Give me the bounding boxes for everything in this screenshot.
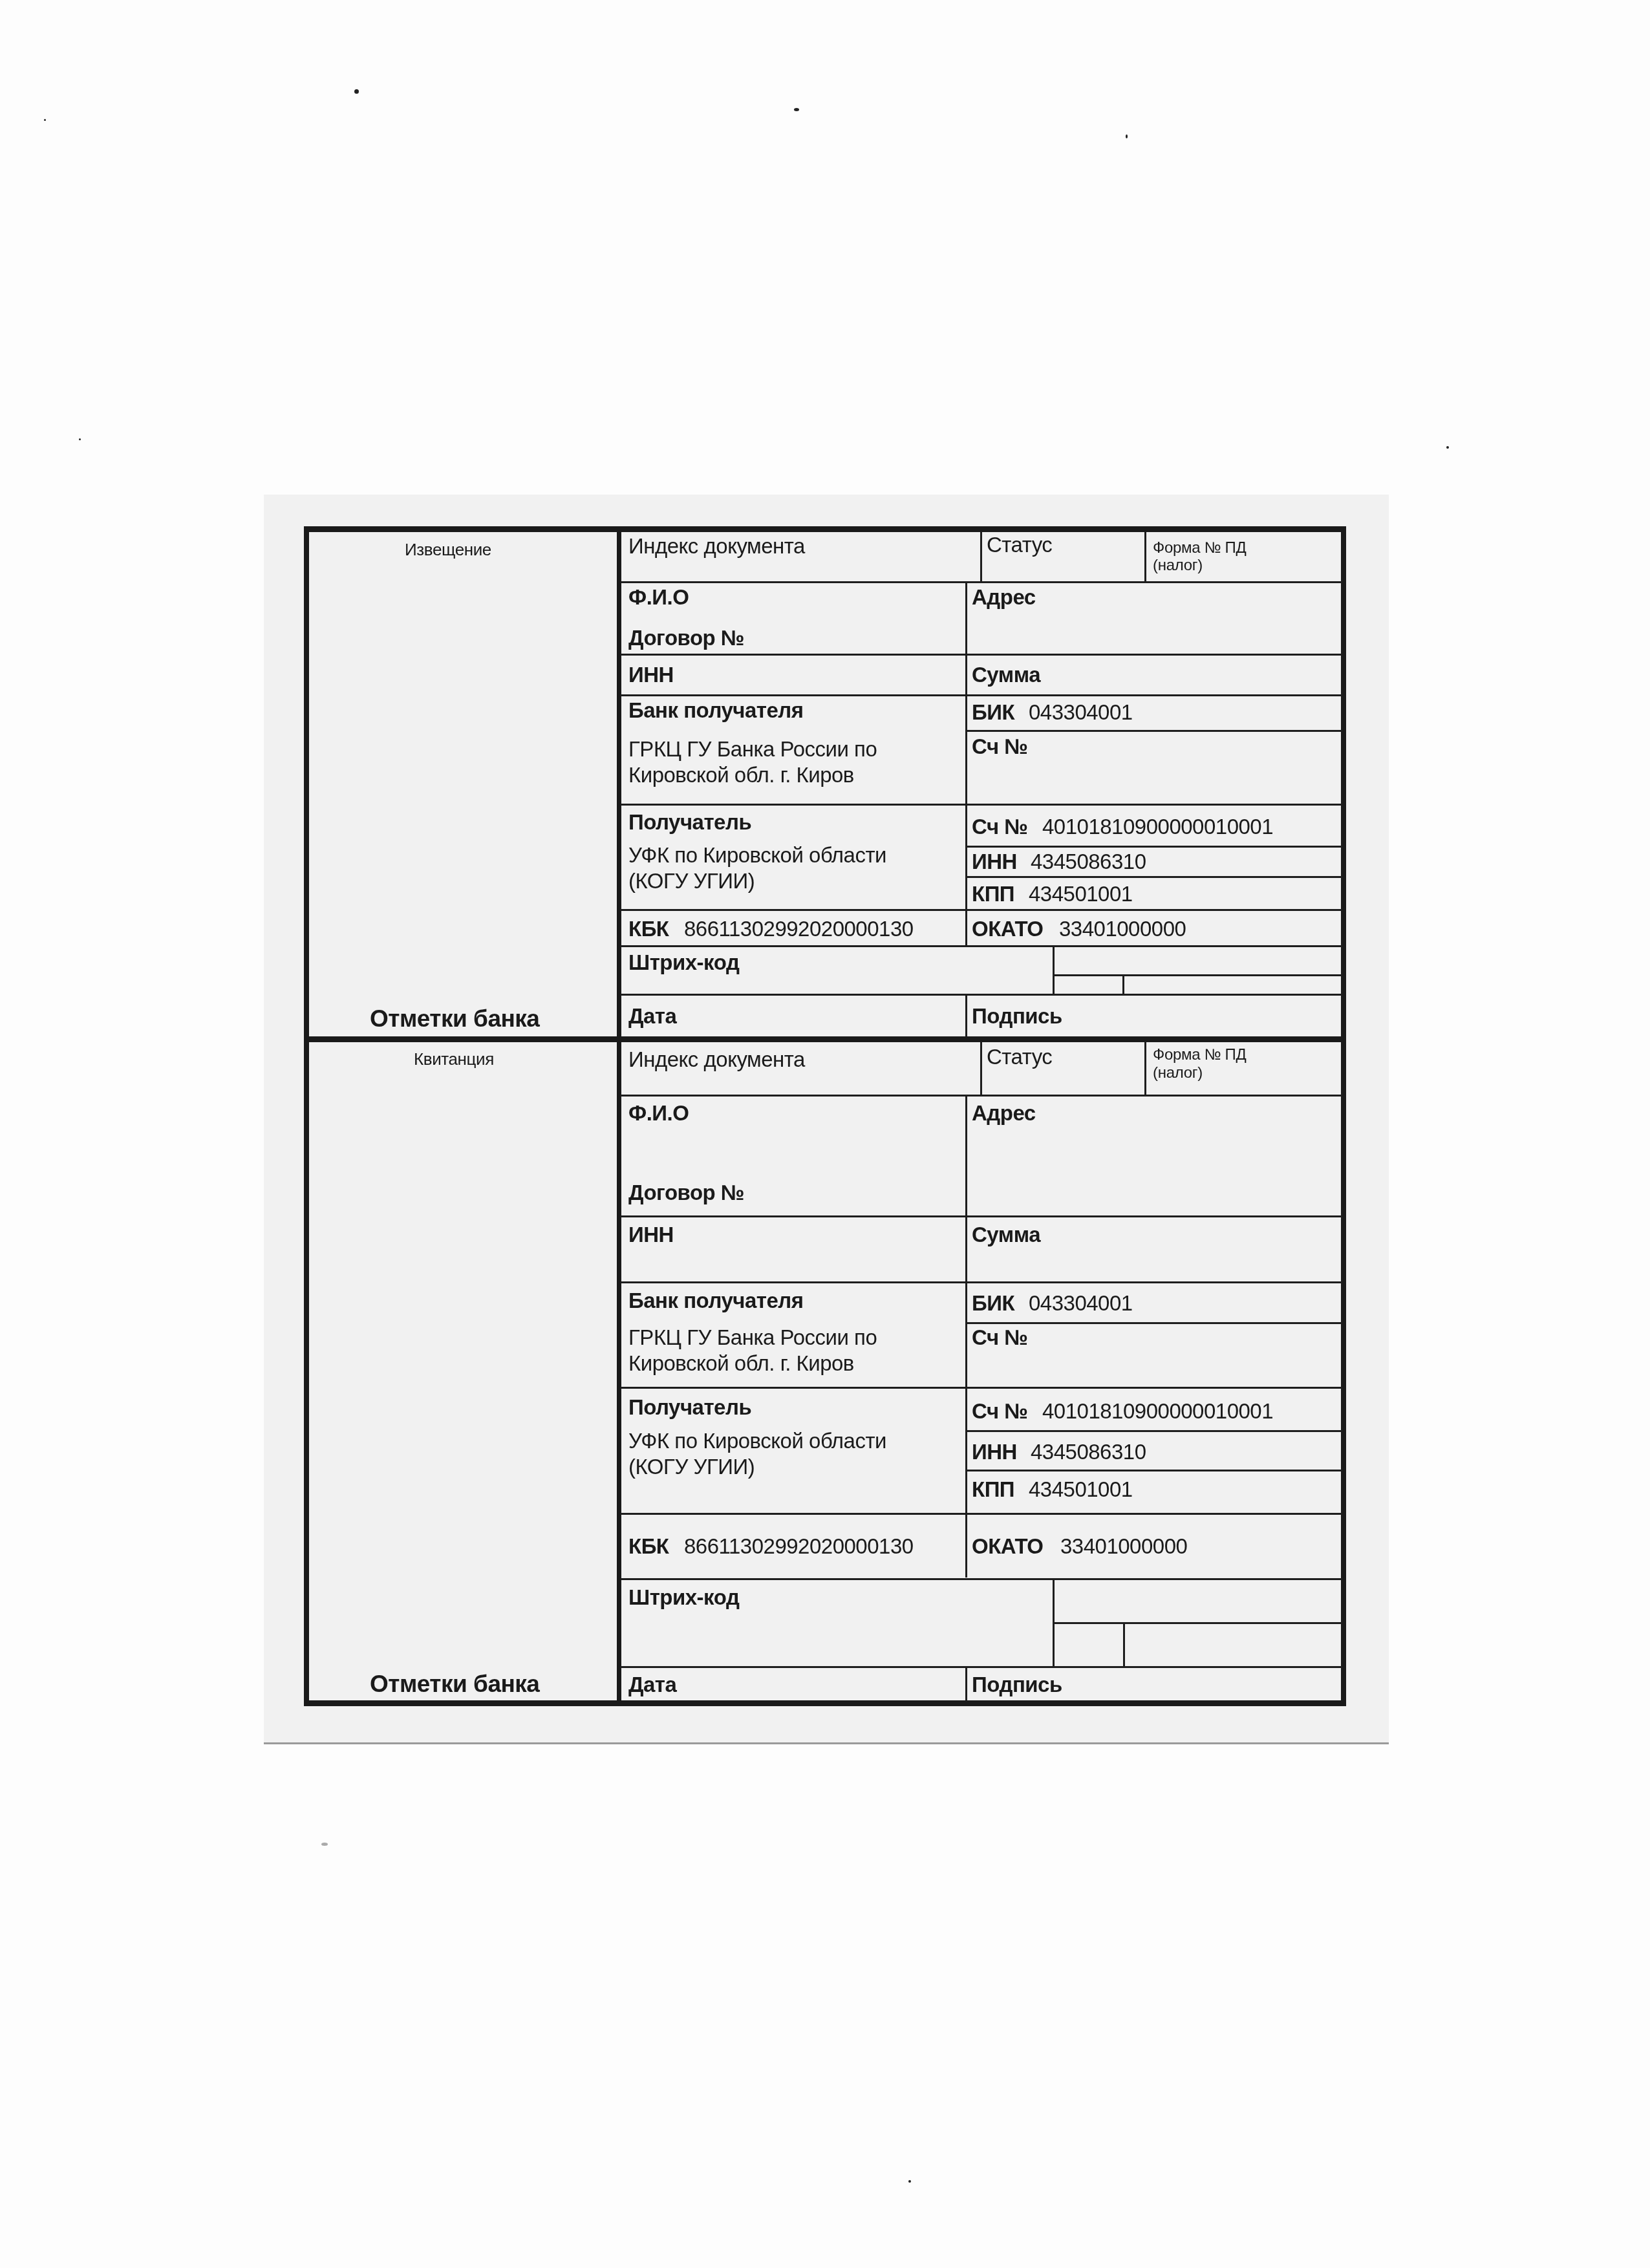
recipient-label: Получатель <box>628 1395 751 1420</box>
inn-field[interactable] <box>672 1221 957 1279</box>
scan-speck <box>1126 134 1128 138</box>
section-title: Квитанция <box>414 1050 494 1069</box>
rule <box>965 1430 1342 1432</box>
scan-speck <box>1446 446 1449 449</box>
scan-speck <box>354 89 359 94</box>
recipient-account-label: Сч № <box>972 1399 1028 1424</box>
rule <box>621 1666 1342 1668</box>
sum-label: Сумма <box>972 663 1040 687</box>
fio-label: Ф.И.О <box>628 1101 689 1126</box>
frame-bottom <box>304 1700 1346 1706</box>
recipient-name: УФК по Кировской области <box>628 1429 886 1453</box>
rule <box>621 1513 1342 1515</box>
frame-top <box>304 526 1346 532</box>
recipient-inn-label: ИНН <box>972 1440 1017 1464</box>
barcode-area <box>622 970 1049 993</box>
rule <box>621 654 1342 656</box>
contract-label: Договор № <box>628 626 744 650</box>
bank-name-2: Кировской обл. г. Киров <box>628 763 854 787</box>
rule <box>1053 946 1055 995</box>
barcode-area <box>622 1610 1049 1665</box>
recipient-account-value: 40101810900000010001 <box>1042 1399 1273 1424</box>
sum-field[interactable] <box>1054 1221 1338 1279</box>
date-label: Дата <box>628 1004 676 1029</box>
recipient-kpp-value: 434501001 <box>1029 882 1133 906</box>
recipient-inn-value: 4345086310 <box>1031 850 1146 874</box>
bank-account-label: Сч № <box>972 734 1028 759</box>
rule <box>965 1470 1342 1471</box>
rule <box>980 531 982 582</box>
bank-label: Банк получателя <box>628 698 804 723</box>
recipient-kpp-label: КПП <box>972 1477 1014 1502</box>
okato-value: 33401000000 <box>1059 917 1186 941</box>
column-divider <box>617 526 621 1706</box>
rule <box>621 1387 1342 1389</box>
bank-marks-label: Отметки банка <box>370 1005 539 1033</box>
recipient-name-2: (КОГУ УГИИ) <box>628 1455 755 1479</box>
scan-speck <box>79 438 81 440</box>
frame-left <box>304 526 309 1706</box>
address-label: Адрес <box>972 1101 1036 1126</box>
status-label: Статус <box>987 533 1052 557</box>
rule <box>621 909 1342 911</box>
address-field[interactable] <box>970 611 1338 651</box>
rule <box>1053 1622 1342 1624</box>
rule <box>965 1095 967 1578</box>
bik-value: 043304001 <box>1029 1291 1133 1316</box>
document-index-label: Индекс документа <box>628 1047 805 1072</box>
rule <box>621 1281 1342 1283</box>
okato-label: ОКАТО <box>972 917 1044 941</box>
bik-label: БИК <box>972 1291 1014 1316</box>
status-label: Статус <box>987 1045 1052 1069</box>
rule <box>1123 1622 1125 1667</box>
recipient-label: Получатель <box>628 810 751 835</box>
rule <box>980 1041 982 1095</box>
form-label-sub: (налог) <box>1153 557 1203 575</box>
form-label-sub: (налог) <box>1153 1064 1203 1082</box>
inn-field[interactable] <box>672 659 957 692</box>
rule <box>1144 531 1146 582</box>
okato-value: 33401000000 <box>1060 1534 1187 1559</box>
fio-field[interactable] <box>685 585 957 611</box>
frame-right <box>1341 526 1346 1706</box>
scan-speck <box>908 2180 911 2183</box>
fio-label: Ф.И.О <box>628 585 689 610</box>
rule <box>1053 974 1342 976</box>
scan-speck <box>794 108 799 111</box>
rule <box>621 945 1342 947</box>
okato-label: ОКАТО <box>972 1534 1044 1559</box>
scan-speck <box>44 119 46 121</box>
bik-label: БИК <box>972 700 1014 725</box>
date-field[interactable] <box>685 1669 957 1698</box>
form-label: Форма № ПД <box>1153 1046 1246 1064</box>
recipient-account-value: 40101810900000010001 <box>1042 815 1273 839</box>
kbk-label: КБК <box>628 917 669 941</box>
recipient-inn-label: ИНН <box>972 850 1017 874</box>
form-label: Форма № ПД <box>1153 539 1246 557</box>
recipient-inn-value: 4345086310 <box>1031 1440 1146 1464</box>
rule <box>1122 974 1124 995</box>
recipient-kpp-value: 434501001 <box>1029 1477 1133 1502</box>
bank-marks-label: Отметки банка <box>370 1671 539 1698</box>
rule <box>965 846 1342 848</box>
bank-name: ГРКЦ ГУ Банка России по <box>628 1325 877 1350</box>
document-index-label: Индекс документа <box>628 534 805 559</box>
recipient-kpp-label: КПП <box>972 882 1014 906</box>
section-title: Извещение <box>405 540 491 560</box>
date-field[interactable] <box>685 999 957 1034</box>
contract-label: Договор № <box>628 1181 744 1205</box>
rule <box>965 730 1342 732</box>
fio-field[interactable] <box>685 1099 957 1164</box>
bank-label: Банк получателя <box>628 1289 804 1313</box>
signature-label: Подпись <box>972 1004 1062 1029</box>
rule <box>621 994 1342 996</box>
contract-field[interactable] <box>737 625 957 650</box>
barcode-label: Штрих-код <box>628 1585 739 1610</box>
rule <box>621 804 1342 806</box>
recipient-name-2: (КОГУ УГИИ) <box>628 869 755 893</box>
scan-speck <box>321 1843 328 1846</box>
rule <box>965 994 967 1037</box>
signature-field[interactable] <box>1073 999 1338 1034</box>
kbk-value: 86611302992020000130 <box>684 1534 914 1559</box>
address-label: Адрес <box>972 585 1036 610</box>
sum-label: Сумма <box>972 1223 1040 1247</box>
signature-field[interactable] <box>1073 1669 1338 1698</box>
date-label: Дата <box>628 1673 676 1697</box>
rule <box>621 694 1342 696</box>
recipient-name: УФК по Кировской области <box>628 843 886 868</box>
rule <box>965 1667 967 1701</box>
rule <box>965 876 1342 878</box>
rule <box>621 1578 1342 1580</box>
contract-field[interactable] <box>737 1177 957 1209</box>
bik-value: 043304001 <box>1029 700 1133 725</box>
bank-name: ГРКЦ ГУ Банка России по <box>628 737 877 762</box>
kbk-value: 86611302992020000130 <box>684 917 914 941</box>
kbk-label: КБК <box>628 1534 669 1559</box>
recipient-account-label: Сч № <box>972 815 1028 839</box>
inn-label: ИНН <box>628 1223 674 1247</box>
sum-field[interactable] <box>1054 659 1338 692</box>
signature-label: Подпись <box>972 1673 1062 1697</box>
rule <box>965 1322 1342 1324</box>
rule <box>1144 1041 1146 1095</box>
bank-account-label: Сч № <box>972 1325 1028 1350</box>
address-field[interactable] <box>970 1128 1338 1212</box>
rule <box>965 582 967 947</box>
section-separator <box>304 1036 1346 1042</box>
rule <box>621 1215 1342 1217</box>
bank-name-2: Кировской обл. г. Киров <box>628 1351 854 1376</box>
inn-label: ИНН <box>628 663 674 687</box>
